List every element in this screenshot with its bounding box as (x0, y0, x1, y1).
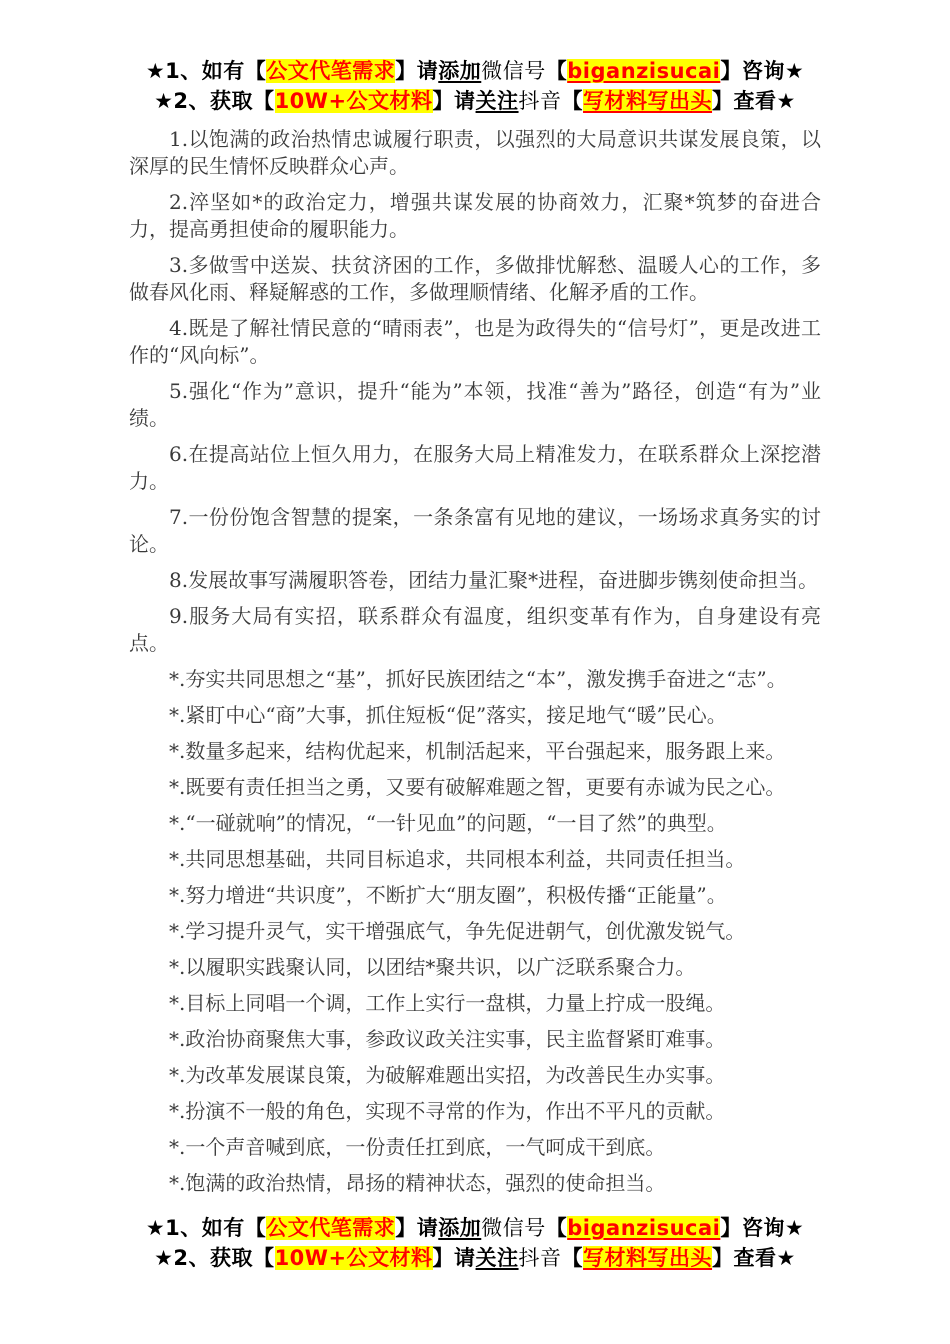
body-paragraph: *.紧盯中心“商”大事，抓住短板“促”落实，接足地气“暖”民心。 (129, 702, 821, 729)
body-paragraph: 5.强化“作为”意识，提升“能为”本领，找准“善为”路径，创造“有为”业绩。 (129, 378, 821, 432)
body-paragraph: *.共同思想基础，共同目标追求，共同根本利益，共同责任担当。 (129, 846, 821, 873)
body-paragraph: *.扮演不一般的角色，实现不寻常的作为，作出不平凡的贡献。 (129, 1098, 821, 1125)
promo1-add-word: 添加 (438, 59, 481, 83)
promo2-douyin-label: 抖音 (519, 89, 562, 113)
promo2-follow-word: 关注 (476, 1246, 519, 1270)
promo1-bracket: 【 (546, 1216, 568, 1240)
promo1-bracket: 【 (546, 59, 568, 83)
body-paragraph: 3.多做雪中送炭、扶贫济困的工作，多做排忧解愁、温暖人心的工作，多做春风化雨、释… (129, 252, 821, 306)
body-paragraph: *.一个声音喊到底，一份责任扛到底，一气呵成干到底。 (129, 1134, 821, 1161)
header-promo-line-2: ★2、获取【10W+公文材料】请关注抖音【写材料写出头】查看★ (129, 86, 821, 116)
body-paragraph: *.以履职实践聚认同，以团结*聚共识，以广泛联系聚合力。 (129, 954, 821, 981)
document-body: 1.以饱满的政治热情忠诚履行职责，以强烈的大局意识共谋发展良策，以深厚的民生情怀… (129, 126, 821, 1197)
promo2-follow-word: 关注 (476, 89, 519, 113)
body-paragraph: *.为改革发展谋良策，为破解难题出实招，为改善民生办实事。 (129, 1062, 821, 1089)
promo2-prefix: ★2、获取【 (154, 1246, 274, 1270)
promo1-highlight-need: 公文代笔需求 (266, 1216, 395, 1240)
promo1-mid: 】请 (395, 59, 438, 83)
body-paragraph: *.数量多起来，结构优起来，机制活起来，平台强起来，服务跟上来。 (129, 738, 821, 765)
promo2-mid: 】请 (433, 1246, 476, 1270)
header-promo-line-1: ★1、如有【公文代笔需求】请添加微信号【biganzisucai】咨询★ (129, 56, 821, 86)
promo1-prefix: ★1、如有【 (146, 59, 266, 83)
body-paragraph: *.“一碰就响”的情况，“一针见血”的问题，“一目了然”的典型。 (129, 810, 821, 837)
body-paragraph: 4.既是了解社情民意的“晴雨表”，也是为政得失的“信号灯”，更是改进工作的“风向… (129, 315, 821, 369)
header-promo: ★1、如有【公文代笔需求】请添加微信号【biganzisucai】咨询★ ★2、… (129, 56, 821, 116)
promo2-mid: 】请 (433, 89, 476, 113)
body-paragraph: 7.一份份饱含智慧的提案，一条条富有见地的建议，一场场求真务实的讨论。 (129, 504, 821, 558)
promo1-wechat-label: 微信号 (481, 1216, 546, 1240)
promo2-suffix: 】查看★ (712, 1246, 796, 1270)
body-paragraph: *.既要有责任担当之勇，又要有破解难题之智，更要有赤诚为民之心。 (129, 774, 821, 801)
promo1-wechat-id: biganzisucai (567, 1216, 720, 1240)
body-paragraph: *.学习提升灵气，实干增强底气，争先促进朝气，创优激发锐气。 (129, 918, 821, 945)
body-paragraph: *.饱满的政治热情，昂扬的精神状态，强烈的使命担当。 (129, 1170, 821, 1197)
promo1-wechat-label: 微信号 (481, 59, 546, 83)
body-paragraph: *.努力增进“共识度”，不断扩大“朋友圈”，积极传播“正能量”。 (129, 882, 821, 909)
promo1-add-word: 添加 (438, 1216, 481, 1240)
promo2-douyin-id: 写材料写出头 (583, 1246, 712, 1270)
footer-promo-line-1: ★1、如有【公文代笔需求】请添加微信号【biganzisucai】咨询★ (129, 1213, 821, 1243)
document-page: ★1、如有【公文代笔需求】请添加微信号【biganzisucai】咨询★ ★2、… (0, 0, 950, 1344)
footer-promo: ★1、如有【公文代笔需求】请添加微信号【biganzisucai】咨询★ ★2、… (129, 1213, 821, 1273)
promo2-suffix: 】查看★ (712, 89, 796, 113)
promo2-highlight-material: 10W+公文材料 (275, 89, 433, 113)
body-paragraph: *.目标上同唱一个调，工作上实行一盘棋，力量上拧成一股绳。 (129, 990, 821, 1017)
promo2-douyin-label: 抖音 (519, 1246, 562, 1270)
body-paragraph: 1.以饱满的政治热情忠诚履行职责，以强烈的大局意识共谋发展良策，以深厚的民生情怀… (129, 126, 821, 180)
body-paragraph: 6.在提高站位上恒久用力，在服务大局上精准发力，在联系群众上深挖潜力。 (129, 441, 821, 495)
promo2-highlight-material: 10W+公文材料 (275, 1246, 433, 1270)
promo1-mid: 】请 (395, 1216, 438, 1240)
promo1-wechat-id: biganzisucai (567, 59, 720, 83)
body-paragraph: 2.淬坚如*的政治定力，增强共谋发展的协商效力，汇聚*筑梦的奋进合力，提高勇担使… (129, 189, 821, 243)
promo2-bracket: 【 (562, 89, 584, 113)
promo2-douyin-id: 写材料写出头 (583, 89, 712, 113)
promo2-bracket: 【 (562, 1246, 584, 1270)
promo1-suffix: 】咨询★ (720, 1216, 804, 1240)
body-paragraph: *.夯实共同思想之“基”，抓好民族团结之“本”，激发携手奋进之“志”。 (129, 666, 821, 693)
promo1-suffix: 】咨询★ (720, 59, 804, 83)
footer-promo-line-2: ★2、获取【10W+公文材料】请关注抖音【写材料写出头】查看★ (129, 1243, 821, 1273)
promo2-prefix: ★2、获取【 (154, 89, 274, 113)
body-paragraph: 8.发展故事写满履职答卷，团结力量汇聚*进程，奋进脚步镌刻使命担当。 (129, 567, 821, 594)
body-paragraph: *.政治协商聚焦大事，参政议政关注实事，民主监督紧盯难事。 (129, 1026, 821, 1053)
promo1-highlight-need: 公文代笔需求 (266, 59, 395, 83)
body-paragraph: 9.服务大局有实招，联系群众有温度，组织变革有作为，自身建设有亮点。 (129, 603, 821, 657)
promo1-prefix: ★1、如有【 (146, 1216, 266, 1240)
